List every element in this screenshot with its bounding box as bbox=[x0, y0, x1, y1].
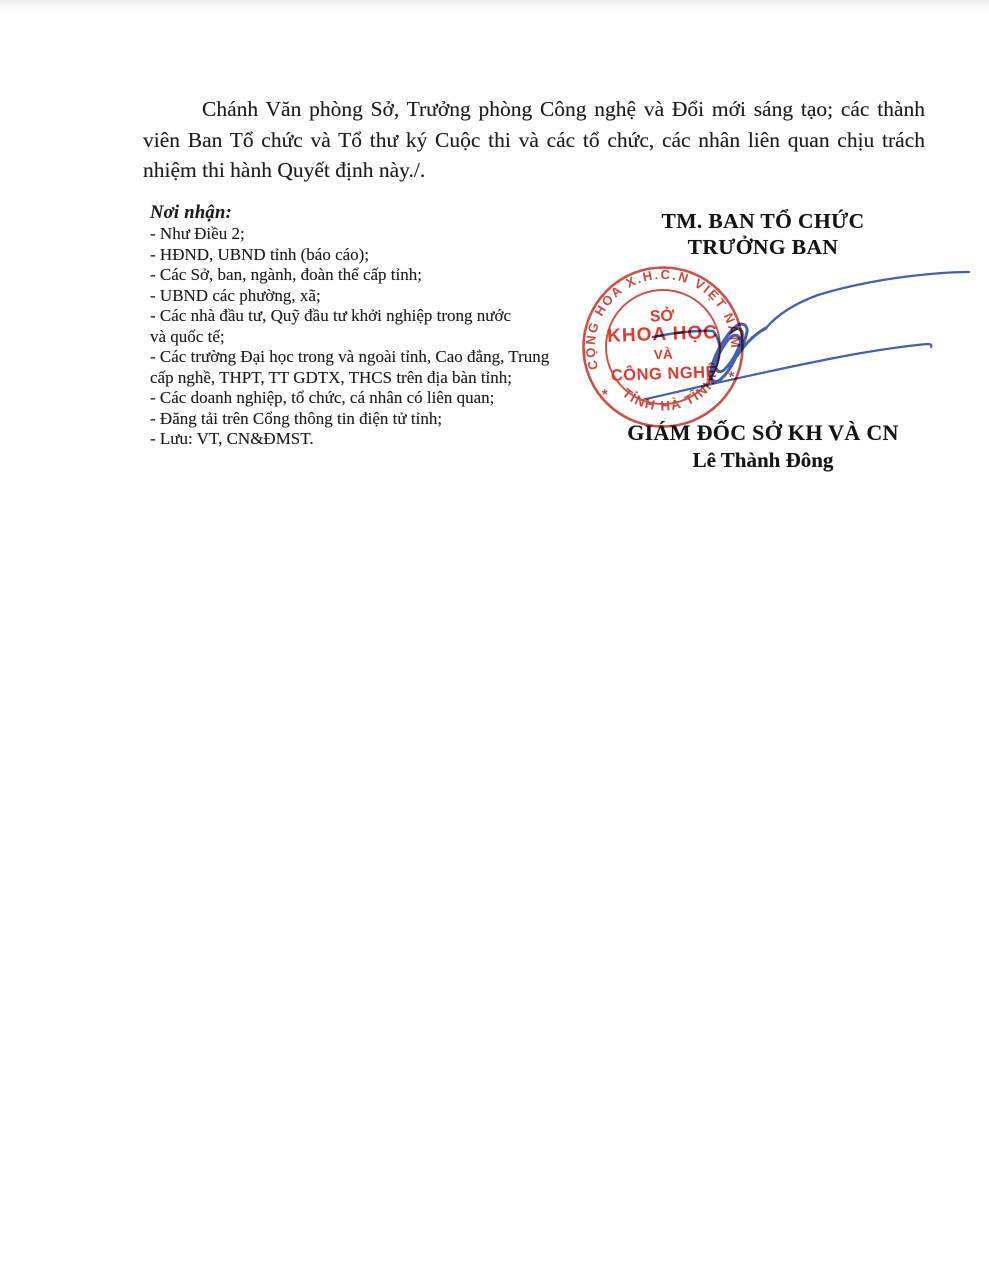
document-page: Chánh Văn phòng Sở, Trưởng phòng Công ng… bbox=[0, 0, 989, 1280]
paragraph-line: viên Ban Tổ chức và Tổ thư ký Cuộc thi v… bbox=[143, 125, 925, 156]
signer-block: GIÁM ĐỐC SỞ KH VÀ CN Lê Thành Đông bbox=[588, 420, 938, 472]
signer-title: GIÁM ĐỐC SỞ KH VÀ CN bbox=[588, 420, 938, 446]
recipient-line: - Đăng tải trên Cổng thông tin điện tử t… bbox=[150, 409, 610, 430]
recipient-line: - Các trường Đại học trong và ngoài tỉnh… bbox=[150, 347, 610, 368]
paragraph-line: Chánh Văn phòng Sở, Trưởng phòng Công ng… bbox=[143, 94, 925, 125]
recipient-line: - Các nhà đầu tư, Quỹ đầu tư khởi nghiệp… bbox=[150, 306, 610, 327]
recipient-line: - Các doanh nghiệp, tổ chức, cá nhân có … bbox=[150, 388, 610, 409]
scan-edge-shadow bbox=[0, 0, 989, 12]
recipient-line: cấp nghề, THPT, TT GDTX, THCS trên địa b… bbox=[150, 368, 610, 389]
recipients-list: - Như Điều 2;- HĐND, UBND tỉnh (báo cáo)… bbox=[150, 224, 610, 450]
recipient-line: - UBND các phường, xã; bbox=[150, 286, 610, 307]
authority-line: TM. BAN TỔ CHỨC bbox=[588, 209, 938, 233]
recipients-heading: Nơi nhận: bbox=[150, 203, 610, 224]
recipient-line: - Lưu: VT, CN&ĐMST. bbox=[150, 429, 610, 450]
paragraph-line: nhiệm thi hành Quyết định này./. bbox=[143, 155, 925, 186]
recipient-line: - Các Sở, ban, ngành, đoàn thể cấp tỉnh; bbox=[150, 265, 610, 286]
signer-name: Lê Thành Đông bbox=[588, 448, 938, 472]
recipient-line: - Như Điều 2; bbox=[150, 224, 610, 245]
recipient-line: và quốc tế; bbox=[150, 327, 610, 348]
recipient-line: - HĐND, UBND tỉnh (báo cáo); bbox=[150, 245, 610, 266]
closing-paragraph: Chánh Văn phòng Sở, Trưởng phòng Công ng… bbox=[143, 94, 925, 186]
recipients-block: Nơi nhận: - Như Điều 2;- HĐND, UBND tỉnh… bbox=[150, 203, 610, 450]
signature-upper-stroke bbox=[766, 272, 969, 328]
signature-lower-stroke bbox=[646, 344, 931, 399]
